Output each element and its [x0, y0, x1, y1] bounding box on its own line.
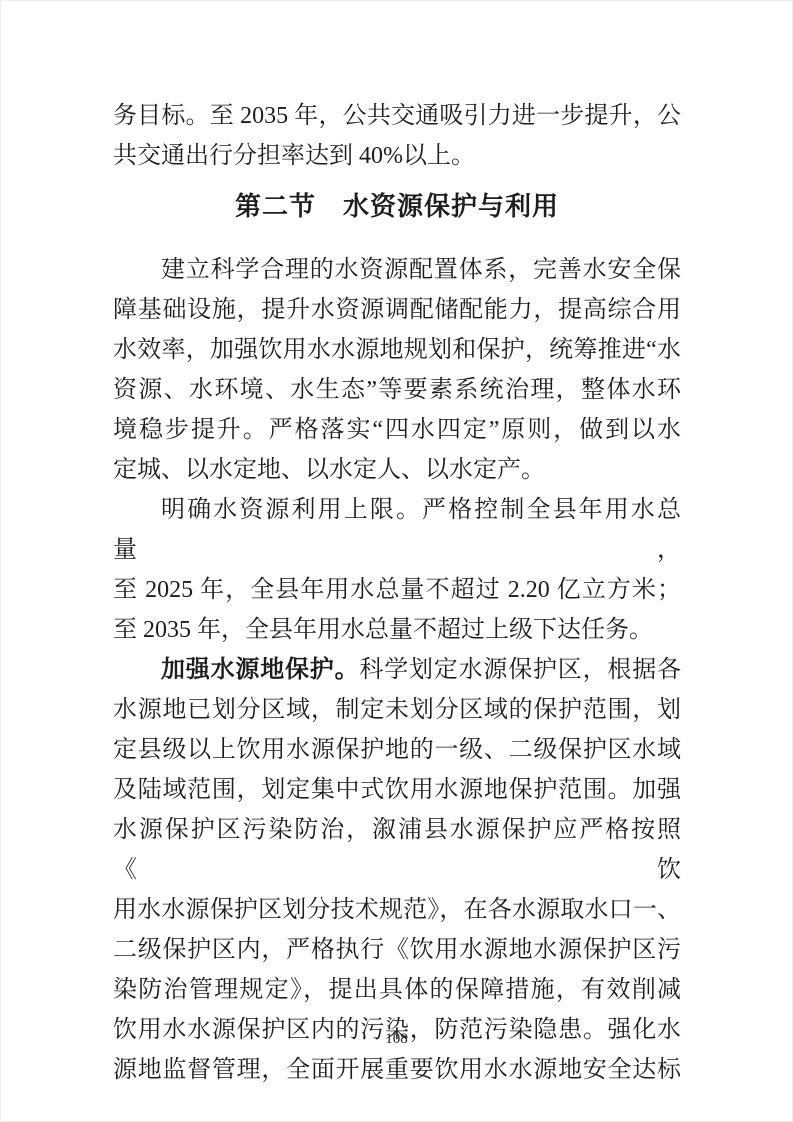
- page-footer: 108: [0, 1031, 793, 1048]
- text-line: 水源保护区污染防治，溆浦县水源保护应严格按照《饮: [113, 810, 681, 890]
- text-line: 障基础设施，提升水资源调配储配能力，提高综合用: [113, 290, 681, 330]
- text-line: 水效率，加强饮用水水源地规划和保护，统筹推进“水: [113, 330, 681, 370]
- text-line: 及陆域范围，划定集中式饮用水源地保护范围。加强: [113, 770, 681, 810]
- text-line: 至 2025 年，全县年用水总量不超过 2.20 亿立方米；: [113, 570, 681, 610]
- text-line: 务目标。至 2035 年，公共交通吸引力进一步提升，公: [113, 96, 681, 136]
- text-line: 境稳步提升。严格落实“四水四定”原则，做到以水: [113, 410, 681, 450]
- text-line: 二级保护区内，严格执行《饮用水源地水源保护区污: [113, 930, 681, 970]
- page-number: 108: [385, 1031, 408, 1047]
- text-line: 水源地已划分区域，制定未划分区域的保护范围，划: [113, 690, 681, 730]
- text-line: 定城、以水定地、以水定人、以水定产。: [113, 450, 681, 490]
- text-line: 源地监督管理，全面开展重要饮用水水源地安全达标: [113, 1050, 681, 1090]
- text-line: 至 2035 年，全县年用水总量不超过上级下达任务。: [113, 610, 681, 650]
- continuation-paragraph: 务目标。至 2035 年，公共交通吸引力进一步提升，公共交通出行分担率达到 40…: [113, 96, 681, 176]
- text-line: 资源、水环境、水生态”等要素系统治理，整体水环: [113, 370, 681, 410]
- text-line: 用水水源保护区划分技术规范》，在各水源取水口一、: [113, 890, 681, 930]
- text-block: 务目标。至 2035 年，公共交通吸引力进一步提升，公共交通出行分担率达到 40…: [113, 96, 681, 1090]
- text-line: 加强水源地保护。科学划定水源保护区，根据各: [113, 650, 681, 690]
- section-heading: 第二节 水资源保护与利用: [113, 186, 681, 226]
- body-paragraphs: 建立科学合理的水资源配置体系，完善水安全保障基础设施，提升水资源调配储配能力，提…: [113, 250, 681, 1090]
- text-line: 定县级以上饮用水源保护地的一级、二级保护区水域: [113, 730, 681, 770]
- text-line: 明确水资源利用上限。严格控制全县年用水总量，: [113, 490, 681, 570]
- text-line: 共交通出行分担率达到 40%以上。: [113, 136, 681, 176]
- text-line: 染防治管理规定》，提出具体的保障措施，有效削减: [113, 970, 681, 1010]
- bold-lead-text: 加强水源地保护。: [161, 656, 359, 683]
- document-page: 务目标。至 2035 年，公共交通吸引力进一步提升，公共交通出行分担率达到 40…: [0, 0, 793, 1122]
- text-line: 建立科学合理的水资源配置体系，完善水安全保: [113, 250, 681, 290]
